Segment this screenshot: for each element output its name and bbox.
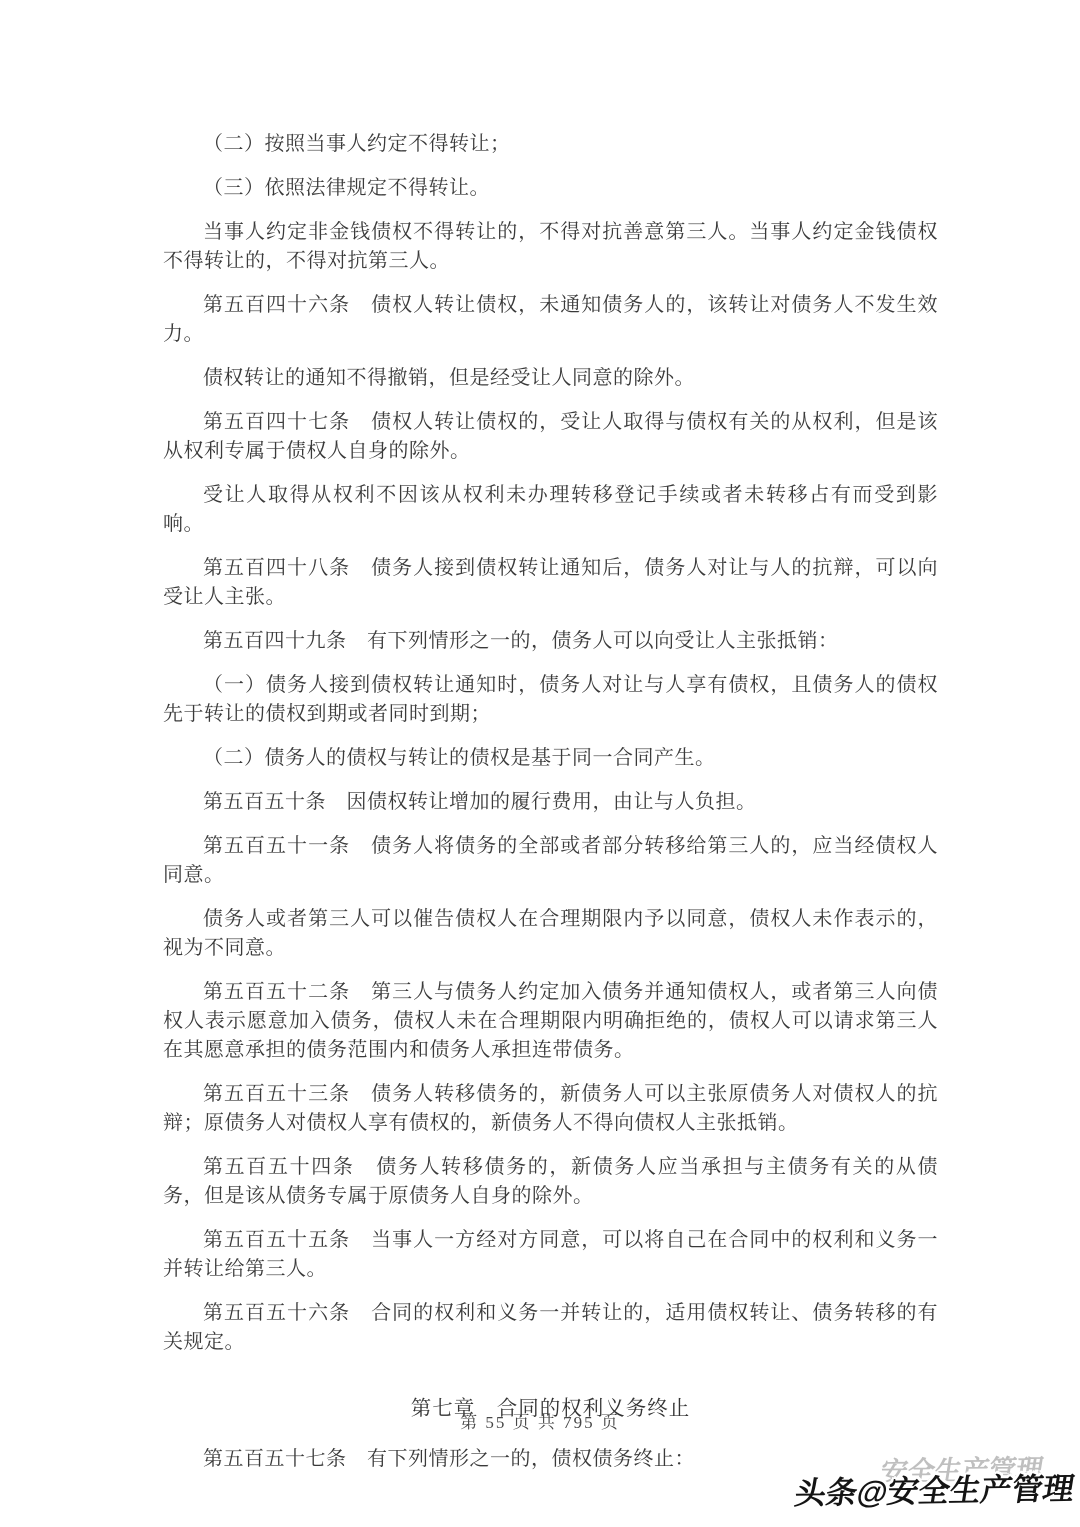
doc-paragraph-article-552: 第五百五十二条 第三人与债务人约定加入债务并通知债权人，或者第三人向债权人表示愿… [163,978,938,1065]
doc-paragraph-article-556: 第五百五十六条 合同的权利和义务一并转让的，适用债权转让、债务转移的有关规定。 [163,1299,938,1357]
doc-paragraph-clause-3: （三）依照法律规定不得转让。 [163,174,938,203]
doc-paragraph-article-548: 第五百四十八条 债务人接到债权转让通知后，债务人对让与人的抗辩，可以向受让人主张… [163,554,938,612]
document-page: （二）按照当事人约定不得转让； （三）依照法律规定不得转让。 当事人约定非金钱债… [0,0,1080,1527]
doc-paragraph: 当事人约定非金钱债权不得转让的，不得对抗善意第三人。当事人约定金钱债权不得转让的… [163,218,938,276]
doc-paragraph-article-553: 第五百五十三条 债务人转移债务的，新债务人可以主张原债务人对债权人的抗辩；原债务… [163,1080,938,1138]
doc-paragraph-article-551: 第五百五十一条 债务人将债务的全部或者部分转移给第三人的，应当经债权人同意。 [163,832,938,890]
doc-paragraph-clause-1: （一）债务人接到债权转让通知时，债务人对让与人享有债权，且债务人的债权先于转让的… [163,671,938,729]
doc-paragraph-article-554: 第五百五十四条 债务人转移债务的，新债务人应当承担与主债务有关的从债务，但是该从… [163,1153,938,1211]
doc-paragraph-article-550: 第五百五十条 因债权转让增加的履行费用，由让与人负担。 [163,788,938,817]
doc-paragraph-article-549: 第五百四十九条 有下列情形之一的，债务人可以向受让人主张抵销： [163,627,938,656]
doc-paragraph-clause-2: （二）债务人的债权与转让的债权是基于同一合同产生。 [163,744,938,773]
doc-paragraph-article-546: 第五百四十六条 债权人转让债权，未通知债务人的，该转让对债务人不发生效力。 [163,291,938,349]
page-footer: 第 55 页 共 795 页 [0,1412,1080,1434]
doc-paragraph-clause-2: （二）按照当事人约定不得转让； [163,130,938,159]
doc-paragraph-article-555: 第五百五十五条 当事人一方经对方同意，可以将自己在合同中的权利和义务一并转让给第… [163,1226,938,1284]
doc-paragraph-article-547: 第五百四十七条 债权人转让债权的，受让人取得与债权有关的从权利，但是该从权利专属… [163,408,938,466]
doc-paragraph: 债权转让的通知不得撤销，但是经受让人同意的除外。 [163,364,938,393]
page-number: 第 55 页 共 795 页 [460,1413,620,1432]
document-content: （二）按照当事人约定不得转让； （三）依照法律规定不得转让。 当事人约定非金钱债… [163,130,938,1489]
doc-paragraph: 受让人取得从权利不因该从权利未办理转移登记手续或者未转移占有而受到影响。 [163,481,938,539]
doc-paragraph: 债务人或者第三人可以催告债权人在合理期限内予以同意，债权人未作表示的，视为不同意… [163,905,938,963]
doc-paragraph-article-557: 第五百五十七条 有下列情形之一的，债权债务终止： [163,1445,938,1474]
